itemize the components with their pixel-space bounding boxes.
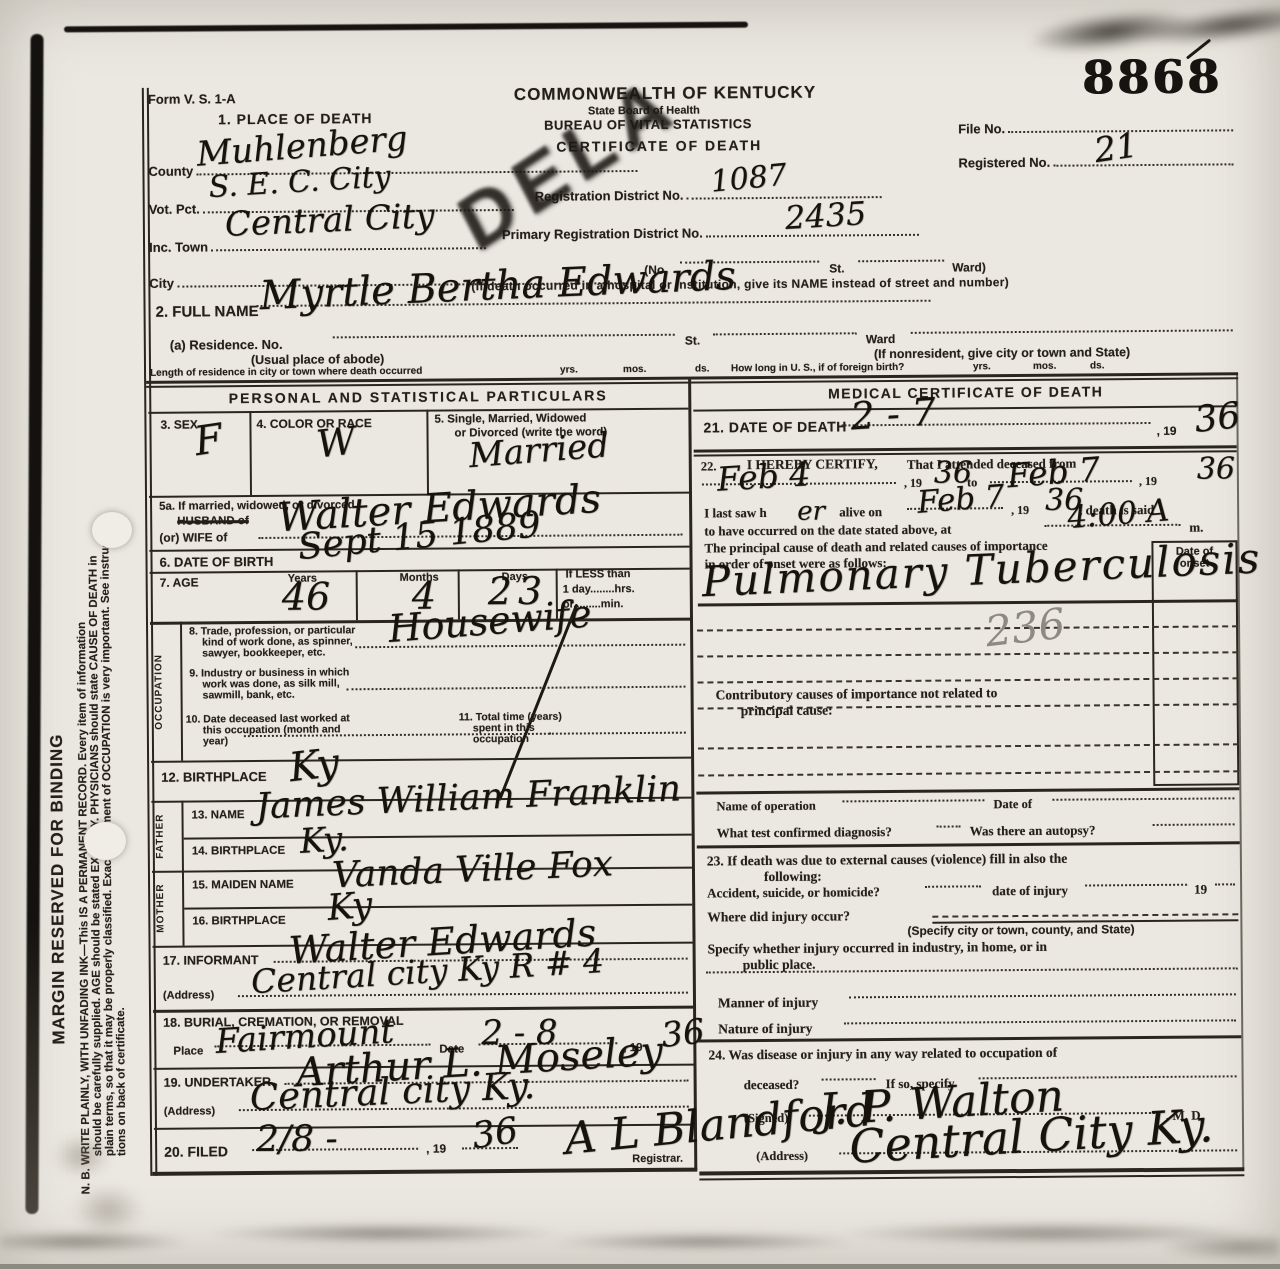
item8-label3: sawyer, bookkeeper, etc. [202,646,325,659]
registrar-signature-handwriting: A L Blandford [562,1085,876,1165]
occupation-side-label: OCCUPATION [153,626,180,758]
mother-birthplace-label: 16. BIRTHPLACE [192,915,285,928]
personal-particulars-heading: PERSONAL AND STATISTICAL PARTICULARS [148,387,688,407]
age-years-value-handwriting: 46 [282,574,331,618]
rule-line [697,841,1240,848]
date-of-injury-label: date of injury [992,883,1068,900]
filed-date-value-handwriting: 2/8 - [256,1118,338,1160]
full-name-value-handwriting: Myrtle Bertha Edwards [259,253,737,319]
dotted-leader [844,1019,1236,1024]
autopsy-label: Was there an autopsy? [970,822,1096,839]
manner-of-injury-blank [846,993,1239,1001]
length-residence-label: Length of residence in city or town wher… [150,366,422,379]
nature-of-injury-blank [841,1019,1239,1027]
accident-label: Accident, suicide, or homicide? [707,884,880,901]
item24-text: 24. Was disease or injury in any way rel… [708,1045,1057,1064]
date-of-death-label: 21. DATE OF DEATH [703,418,846,435]
file-no-label: File No. [958,121,1005,136]
test-blank [934,825,964,830]
city-label: City [149,276,174,291]
pencil-code-handwriting: 236 [983,599,1068,657]
attended-from-value-handwriting: Feb 4 [716,454,811,499]
filed-year-prefix: , 19 [426,1142,446,1156]
operation-blank [839,799,987,805]
where-injury-label: Where did injury occur? [707,908,850,925]
dotted-leader [911,329,1233,334]
form-bottom-border [152,1168,697,1176]
street-blank [855,260,947,266]
color-race-value-handwriting: W [314,418,358,466]
yrs-label: yrs. [973,361,991,372]
wife-of-label: (or) WIFE of [159,530,227,545]
birthplace-label: 12. BIRTHPLACE [161,769,267,785]
filed-year-blank [459,1147,521,1152]
undertaker-address-label: (Address) [164,1105,215,1117]
rule-line [151,757,691,763]
informant-address-label: (Address) [163,989,214,1001]
residence-street-label: St. [685,334,700,348]
contributory-causes-text: Contributory causes of importance not re… [716,685,998,703]
rule-line [693,405,1236,411]
time-of-death-handwriting: 4:00 A [1066,492,1170,536]
operation-date-label: Date of [993,797,1032,812]
item9-blank [344,686,689,694]
death-year-value-handwriting: 36 [1192,395,1242,441]
item10-label3: year) [203,735,228,747]
rule-line [184,904,692,909]
side-label-divider [181,801,184,871]
dotted-leader [1053,163,1233,166]
operation-date-blank [1049,797,1237,803]
ward-label: Ward) [952,260,986,274]
contributory-causes-text2: principal cause: [741,702,833,719]
item11-blank [546,732,689,738]
ds-label: ds. [695,363,710,374]
punch-hole [92,512,132,548]
last-saw-text: I last saw h [704,505,767,521]
alive-on-text: alive on [839,504,882,520]
dotted-leader [713,332,857,335]
father-side-label: FATHER [154,803,181,869]
informant-label: 17. INFORMANT [163,953,259,968]
primary-registration-value-handwriting: 2435 [784,194,868,237]
item22-number: 22. [701,459,717,474]
last-saw-date-handwriting: Feb 7 [916,478,1006,521]
how-long-us-label: How long in U. S., if of foreign birth? [731,362,904,374]
mother-maiden-name-value-handwriting: Vanda Ville Fox [331,843,613,896]
certificate-number-stamp: 8868 [1082,49,1222,104]
manner-of-injury-label: Manner of injury [718,995,818,1012]
residence-ward-blank [908,329,1236,337]
scanned-paper: MARGIN RESERVED FOR BINDING N. B. WRITE … [0,0,1280,1264]
nonresident-note: (If nonresident, give city or town and S… [874,345,1130,361]
sex-value-handwriting: F [191,416,225,466]
item23-following-text: following: [764,869,822,885]
operation-label: Name of operation [716,799,815,815]
form-number: Form V. S. 1-A [148,91,236,107]
dotted-leader [858,260,944,263]
voting-precinct-label: Vot. Pct. [149,201,200,216]
yrs-label: yrs. [560,364,578,375]
residence-ward-label: Ward [866,332,896,346]
dotted-leader [1215,883,1235,885]
residence-no-blank [330,334,678,342]
dotted-leader [1085,884,1187,887]
registration-district-value-handwriting: 1087 [709,158,788,200]
mother-maiden-name-label: 15. MAIDEN NAME [192,879,294,892]
punch-hole [84,822,126,860]
test-confirmed-label: What test confirmed diagnosis? [717,824,892,841]
last-saw-year-prefix: , 19 [1011,503,1029,518]
residence-street-blank [710,332,860,338]
date-of-death-value-handwriting: 2 - 7 [849,389,937,438]
item9-label3: sawmill, bank, etc. [203,689,295,702]
side-label-divider [180,622,183,761]
burial-place-label: Place [173,1045,203,1057]
if-less-label: If LESS than [566,568,631,581]
dotted-leader [937,825,961,827]
form-bottom-border-thin [699,1174,1244,1180]
date-of-birth-label: 6. DATE OF BIRTH [159,554,273,570]
marital-status-label: 5. Single, Married, Widowed [434,412,586,425]
medical-certificate-heading: MEDICAL CERTIFICATE OF DEATH [693,382,1238,402]
dotted-leader [549,732,686,735]
burial-year-value-handwriting: 36 [659,1011,706,1056]
dotted-leader [822,1078,876,1080]
father-name-label: 13. NAME [191,809,244,821]
deceased-label: deceased? [744,1077,800,1093]
cell-divider [356,570,358,620]
dotted-leader [462,1147,518,1149]
abode-note: (Usual place of abode) [251,352,384,367]
autopsy-blank [1150,823,1238,829]
dotted-leader [211,247,486,251]
cell-divider [426,410,429,494]
specify-whether-text: Specify whether injury occurred in indus… [708,939,1048,958]
registered-no-value-handwriting: 21 [1092,125,1141,171]
dotted-leader [347,686,686,691]
full-name-label: 2. FULL NAME [156,303,259,321]
dotted-leader [842,799,984,802]
ruled-line-dashed [932,913,1238,917]
dotted-leader [1052,797,1234,800]
dotted-leader [333,334,675,339]
margin-instructions-note: N. B. WRITE PLAINLY, WITH UNFADING INK—T… [72,119,128,1194]
item23-text: 23. If death was due to external causes … [707,851,1067,870]
injury-year-label: 19 [1194,882,1207,898]
nature-of-injury-label: Nature of injury [718,1021,812,1038]
death-certificate-form: MARGIN RESERVED FOR BINDING N. B. WRITE … [0,0,1280,1264]
time-m-label: m. [1189,520,1203,536]
inc-town-label: Inc. Town [149,239,208,254]
street-label: St. [829,261,844,275]
injury-year-blank [1212,883,1238,888]
mother-birthplace-value-handwriting: Ky [326,885,374,929]
occurred-text: to have occurred on the date stated abov… [704,522,951,540]
to-year-prefix: , 19 [1139,474,1157,489]
residence-label: (a) Residence. No. [170,337,283,353]
specify-city-note: (Specify city or town, county, and State… [907,922,1134,938]
mos-label: mos. [623,364,646,375]
margin-binding-note: MARGIN RESERVED FOR BINDING [45,485,69,1045]
physician-address-label: (Address) [756,1149,808,1164]
county-label: County [148,163,193,178]
father-birthplace-label: 14. BIRTHPLACE [192,845,285,858]
death-year-prefix: , 19 [1156,424,1176,438]
registered-no-label: Registered No. [958,155,1050,171]
rule-line [148,408,688,414]
date-of-injury-blank [1082,884,1190,890]
filed-label: 20. FILED [164,1143,228,1160]
dotted-leader [1153,823,1235,826]
rule-line [153,1006,693,1013]
husband-of-label-struck: HUSBAND of [177,515,249,528]
age-label: 7. AGE [160,575,199,589]
rule-line [184,834,692,839]
accident-blank [922,885,984,890]
to-year-value-handwriting: 36 [1197,451,1235,486]
dotted-leader [925,885,981,887]
mos-label: mos. [1033,361,1056,372]
dotted-leader [849,993,1236,998]
cell-divider [249,411,252,495]
ds-label: ds. [1090,360,1105,371]
rule-line [696,787,1239,794]
mother-side-label: MOTHER [155,873,182,944]
